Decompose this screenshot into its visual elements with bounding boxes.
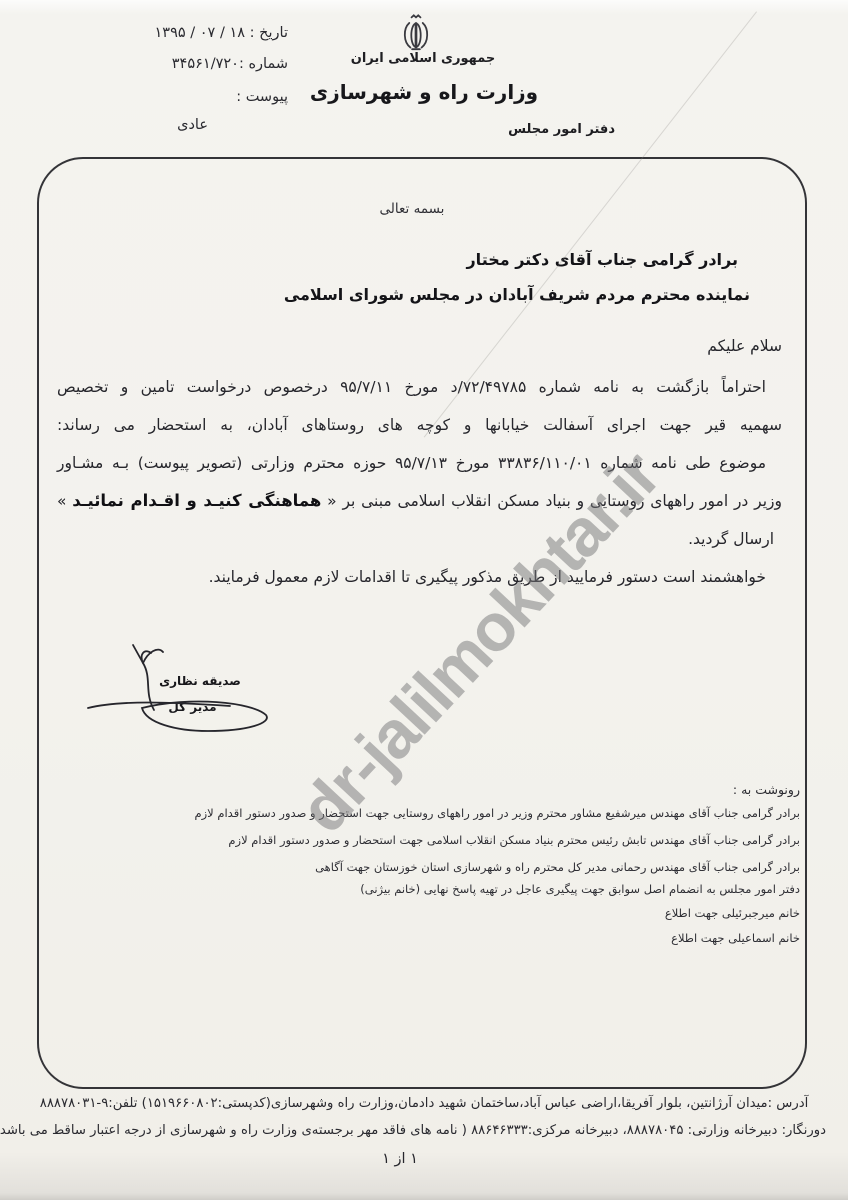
- page-number: ۱ از ۱: [0, 1151, 800, 1167]
- besmele-heading: بسمه تعالی: [342, 201, 482, 217]
- cc-item: دفتر امور مجلس به انضمام اصل سوابق جهت پ…: [360, 882, 800, 896]
- body-line-4-suffix: »: [57, 492, 72, 510]
- ministry-title: وزارت راه و شهرسازی: [274, 80, 574, 104]
- iran-emblem-icon: [399, 14, 433, 52]
- attachment-label: پیوست :: [236, 89, 288, 105]
- recipient-name-line: برادر گرامی جناب آقای دکتر مختار: [466, 250, 738, 269]
- body-line-4-bold-directive: هماهنگی کنیـد و اقـدام نمائیـد: [72, 491, 321, 510]
- body-line-3: موضوع طی نامه شماره ۳۳۸۳۶/۱۱۰/۰۱ مورخ ۹۵…: [57, 448, 782, 478]
- footer-fax-line: دورنگار: دبیرخانه وزارتی: ۸۸۸۷۸۰۴۵، دبیر…: [22, 1123, 826, 1138]
- footer-address-line: آدرس :میدان آرژانتین، بلوار آفریقا،اراضی…: [22, 1096, 826, 1111]
- body-line-6: خواهشمند است دستور فرمایید از طریق مذکور…: [57, 562, 782, 592]
- date-line: تاریخ : ۱۸ / ۰۷ / ۱۳۹۵: [155, 25, 289, 41]
- body-line-1: احتراماً بازگشت به نامه شماره ۷۲/۴۹۷۸۵/د…: [57, 372, 782, 402]
- cc-item: خانم میرجبرئیلی جهت اطلاع: [665, 906, 800, 920]
- body-line-2: سهمیه قیر جهت اجرای آسفالت خیابانها و کو…: [57, 410, 782, 440]
- recipient-title-line: نماینده محترم مردم شریف آبادان در مجلس ش…: [284, 285, 750, 304]
- cc-item: برادر گرامی جناب آقای مهندس رحمانی مدیر …: [315, 860, 800, 874]
- cc-item: برادر گرامی جناب آقای مهندس تابش رئیس مح…: [228, 833, 800, 847]
- body-line-4: وزیر در امور راههای روستایی و بنیاد مسکن…: [57, 486, 782, 516]
- number-line: شماره :۳۴۵۶۱/۷۲۰: [172, 56, 288, 72]
- cc-heading: رونوشت به :: [733, 782, 800, 797]
- body-line-4-prefix: وزیر در امور راههای روستایی و بنیاد مسکن…: [321, 492, 782, 510]
- salutation: سلام علیکم: [707, 337, 782, 355]
- scanned-letter-page: جمهوری اسلامی ایران وزارت راه و شهرسازی …: [0, 0, 848, 1200]
- cc-item: خانم اسماعیلی جهت اطلاع: [671, 931, 800, 945]
- body-line-5: ارسال گردید.: [57, 524, 782, 554]
- cc-item: برادر گرامی جناب آقای مهندس میرشفیع مشاو…: [194, 806, 800, 820]
- office-label: دفتر امور مجلس: [508, 122, 615, 137]
- country-title: جمهوری اسلامی ایران: [323, 51, 523, 66]
- classification-label: عادی: [177, 117, 208, 133]
- handwritten-signature: [80, 628, 290, 743]
